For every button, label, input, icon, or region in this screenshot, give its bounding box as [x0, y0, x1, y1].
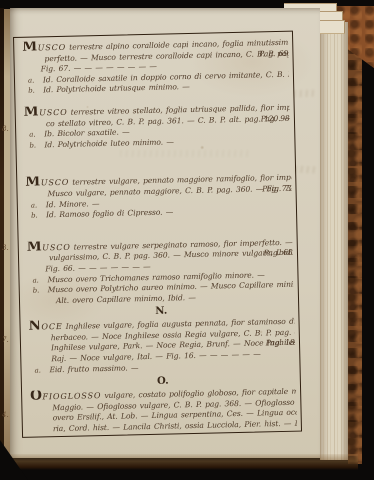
bleedthrough-mark — [294, 90, 316, 98]
entry-initial: M — [27, 238, 43, 254]
entry-text: Fig. 67. — — — — — — — — — [41, 62, 157, 74]
gutter-numeral: 8. — [2, 126, 9, 133]
entry-headword: usco — [42, 242, 71, 252]
entry-text: Id. Polytrichoide utriusque minimo. — — [43, 82, 190, 94]
page-fore-edge-stack — [320, 22, 348, 460]
subentry-marker: a. — [32, 275, 38, 286]
entry-headword: usco — [41, 178, 70, 188]
subentry-marker: b. — [31, 211, 38, 222]
catalog-entry-ofioglosso: Ofioglossovulgare, costato polifoglio gl… — [30, 385, 297, 438]
subentry-marker: a. — [34, 365, 40, 376]
entry-text: Alt. overo Capillare minimo, Ibid. — — [56, 293, 196, 305]
entry-text: Eid. frutto massimo. — — [49, 363, 138, 374]
catalog-entry-noce: NoceInghilese vulgare, foglia augusta pe… — [28, 315, 295, 376]
entry-initial: M — [24, 103, 40, 119]
entry-text: Ib. Bicolor saxatile. — — [44, 128, 130, 139]
entry-headword: fioglosso — [42, 391, 101, 401]
subentry-marker: b. — [29, 140, 36, 151]
margin-page-ref: Pag. 68. — [264, 248, 293, 259]
margin-page-ref: Pag. 18. — [266, 338, 295, 349]
entry-initial: O — [30, 388, 43, 404]
entry-headword: oce — [41, 322, 62, 331]
entry-text: Id. Ramoso foglio di Cipresso. — — [46, 208, 173, 220]
margin-page-ref: Pag. 73. — [262, 184, 291, 195]
manuscript-photo: 8. 3. 7. 4. Muscoterrestre alpino corall… — [0, 0, 374, 480]
margin-page-ref: Pag. 69. — [259, 48, 288, 59]
catalog-entry-musco-serpeginato: Muscoterrestre vulgare serpeginato ramos… — [27, 235, 294, 307]
entry-text: Id. Polytrichoide luteo minimo. — — [44, 137, 174, 149]
entry-initial: N — [28, 318, 41, 334]
margin-page-ref: Pag. 98. — [261, 113, 290, 124]
binding-leather-strip — [348, 6, 362, 464]
subentry-marker: a. — [29, 130, 35, 141]
gutter-numeral: 4. — [2, 412, 9, 419]
catalog-entry-musco-pennato: Muscoterrestre vulgare, pennato maggiore… — [25, 171, 292, 221]
catalog-entry-musco-stellato: Muscoterrestre vitreo stellato, foglia u… — [24, 101, 291, 151]
subentry-marker: b. — [33, 286, 40, 297]
ruled-border-frame: Muscoterrestre alpino coralloide capi in… — [13, 31, 302, 438]
gutter-numeral: 3. — [2, 245, 9, 252]
gutter-numeral: 7. — [2, 337, 9, 344]
subentry-marker: b. — [28, 86, 35, 97]
entry-headword: usco — [38, 43, 67, 53]
entry-text: Fig. 66. — — — — — — — — [45, 262, 151, 273]
entry-initial: M — [25, 174, 41, 190]
entry-text: Id. Minore. — — [46, 199, 100, 209]
bleedthrough-mark — [295, 166, 315, 174]
book-bottom-edge — [6, 454, 358, 470]
entry-headword: usco — [39, 108, 68, 118]
subentry-marker: a. — [28, 75, 34, 86]
subentry-marker: a. — [31, 200, 37, 211]
entry-initial: M — [22, 38, 38, 54]
catalog-entry-musco-alpino: Muscoterrestre alpino coralloide capi in… — [22, 36, 289, 97]
